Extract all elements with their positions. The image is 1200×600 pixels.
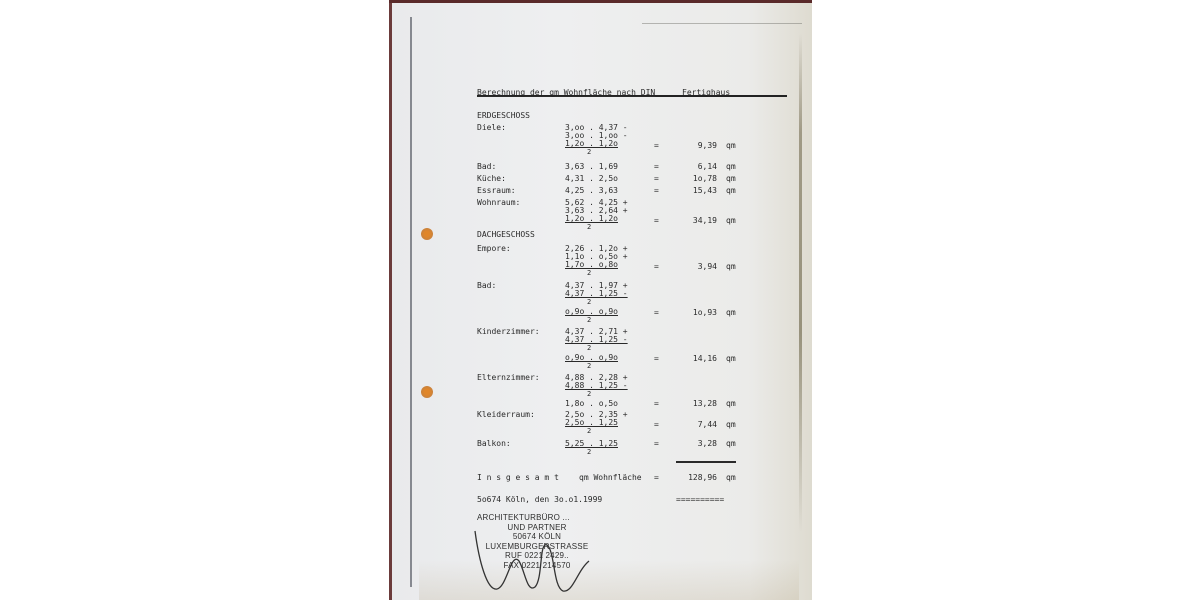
unit: qm — [726, 421, 736, 429]
sum-rule — [676, 461, 736, 463]
room-result: 7,44 — [673, 421, 717, 429]
room-result: 9,39 — [673, 142, 717, 150]
expr-line: 1,7o . o,8o — [565, 261, 618, 269]
punch-hole-bottom — [421, 386, 433, 398]
divisor: 2 — [587, 316, 591, 324]
room-label: Kleiderraum: — [477, 411, 535, 419]
room-result: 1o,78 — [673, 175, 717, 183]
expr-line: 4,88 . 1,25 - — [565, 382, 628, 390]
room-label: Bad: — [477, 282, 496, 290]
divisor: 2 — [587, 298, 591, 306]
room-result: 6,14 — [673, 163, 717, 171]
room-result: 13,28 — [673, 400, 717, 408]
expr-line: o,9o . o,9o — [565, 354, 618, 362]
document-title: Berechnung der qm Wohnfläche nach DIN — [477, 89, 655, 97]
expr-line: 1,2o . 1,2o — [565, 140, 618, 148]
expr-line: o,9o . o,9o — [565, 308, 618, 316]
unit: qm — [726, 474, 736, 482]
unit: qm — [726, 175, 736, 183]
expr-line: 2,5o . 1,25 — [565, 419, 618, 427]
unit: qm — [726, 400, 736, 408]
total-label: I n s g e s a m t — [477, 474, 559, 482]
room-label: Essraum: — [477, 187, 516, 195]
divisor: 2 — [587, 448, 591, 456]
total-desc: qm Wohnfläche — [579, 474, 642, 482]
page-edge — [389, 3, 392, 600]
expr-line: 3,63 . 1,69 — [565, 163, 618, 171]
unit: qm — [726, 142, 736, 150]
divisor: 2 — [587, 344, 591, 352]
expr-line: 1,2o . 1,2o — [565, 215, 618, 223]
unit: qm — [726, 217, 736, 225]
expr-line: 4,37 . 1,25 - — [565, 290, 628, 298]
room-label: Elternzimmer: — [477, 374, 540, 382]
room-result: 1o,93 — [673, 309, 717, 317]
room-label: Diele: — [477, 124, 506, 132]
unit: qm — [726, 163, 736, 171]
document-page: Berechnung der qm Wohnfläche nach DIN Fe… — [389, 0, 812, 600]
unit: qm — [726, 187, 736, 195]
total-eq: = — [654, 474, 659, 482]
section-dachgeschoss: DACHGESCHOSS — [477, 231, 535, 239]
unit: qm — [726, 309, 736, 317]
room-label: Empore: — [477, 245, 511, 253]
divisor: 2 — [587, 269, 591, 277]
room-label: Bad: — [477, 163, 496, 171]
divisor: 2 — [587, 390, 591, 398]
divisor: 2 — [587, 148, 591, 156]
unit: qm — [726, 263, 736, 271]
room-label: Balkon: — [477, 440, 511, 448]
room-label: Küche: — [477, 175, 506, 183]
double-rule: ========== — [676, 496, 724, 504]
room-label: Kinderzimmer: — [477, 328, 540, 336]
expr-line: 4,37 . 1,25 - — [565, 336, 628, 344]
divisor: 2 — [587, 362, 591, 370]
expr-line: 5,25 . 1,25 — [565, 440, 618, 448]
punch-hole-top — [421, 228, 433, 240]
divisor: 2 — [587, 223, 591, 231]
room-result: 34,19 — [673, 217, 717, 225]
stain-right — [799, 33, 802, 533]
section-erdgeschoss: ERDGESCHOSS — [477, 112, 530, 120]
signature-icon — [471, 521, 601, 600]
unit: qm — [726, 355, 736, 363]
room-result: 14,16 — [673, 355, 717, 363]
expr-line: 1,8o . o,5o — [565, 400, 618, 408]
room-result: 15,43 — [673, 187, 717, 195]
room-result: 3,28 — [673, 440, 717, 448]
scan-mark — [642, 23, 802, 24]
unit: qm — [726, 440, 736, 448]
divisor: 2 — [587, 427, 591, 435]
place-date: 5o674 Köln, den 3o.o1.1999 — [477, 496, 602, 504]
total-value: 128,96 — [673, 474, 717, 482]
binder-margin-line — [410, 17, 412, 587]
expr-line: 4,25 . 3,63 — [565, 187, 618, 195]
expr-line: 4,31 . 2,5o — [565, 175, 618, 183]
house-type: Fertighaus — [682, 89, 730, 97]
room-result: 3,94 — [673, 263, 717, 271]
room-label: Wohnraum: — [477, 199, 520, 207]
